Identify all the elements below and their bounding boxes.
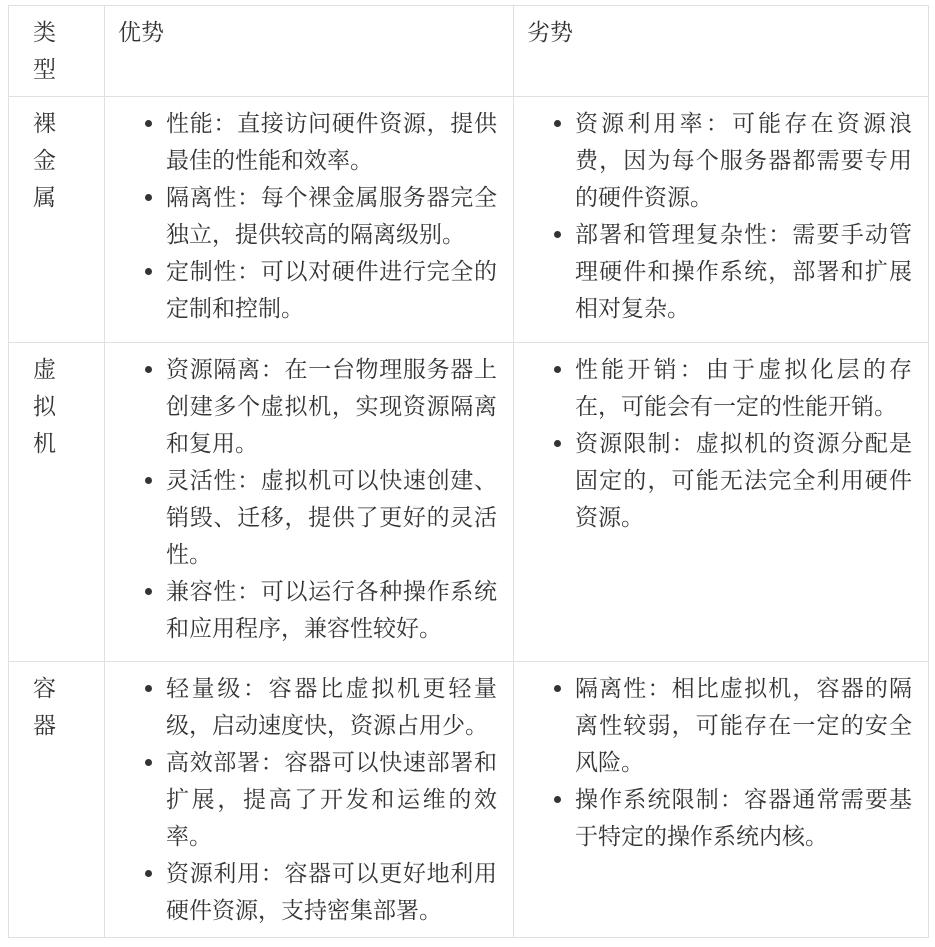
list-item: 资源利用率：可能存在资源浪费，因为每个服务器都需要专用的硬件资源。 [575,105,912,216]
row-virtual-machine: 虚 拟 机 资源隔离：在一台物理服务器上创建多个虚拟机，实现资源隔离和复用。 灵… [9,343,929,662]
list-item: 高效部署：容器可以快速部署和扩展，提高了开发和运维的效率。 [166,744,497,855]
header-cell-disadvantages: 劣势 [514,6,929,97]
header-cell-type: 类 型 [9,6,105,97]
list-item: 部署和管理复杂性：需要手动管理硬件和操作系统，部署和扩展相对复杂。 [575,216,912,327]
list-item: 性能：直接访问硬件资源，提供最佳的性能和效率。 [166,105,497,179]
type-label: 容 器 [9,662,105,938]
advantages-cell: 性能：直接访问硬件资源，提供最佳的性能和效率。 隔离性：每个裸金属服务器完全独立… [105,97,514,343]
type-label: 裸 金 属 [9,97,105,343]
advantages-cell: 轻量级：容器比虚拟机更轻量级，启动速度快，资源占用少。 高效部署：容器可以快速部… [105,662,514,938]
comparison-table: 类 型 优势 劣势 裸 金 属 性能：直接访问硬件资源，提供最佳的性能和效率。 … [8,5,929,938]
advantages-list: 资源隔离：在一台物理服务器上创建多个虚拟机，实现资源隔离和复用。 灵活性：虚拟机… [118,351,497,647]
list-item: 操作系统限制：容器通常需要基于特定的操作系统内核。 [575,781,912,855]
header-row: 类 型 优势 劣势 [9,6,929,97]
disadvantages-cell: 隔离性：相比虚拟机，容器的隔离性较弱，可能存在一定的安全风险。 操作系统限制：容… [514,662,929,938]
disadvantages-list: 资源利用率：可能存在资源浪费，因为每个服务器都需要专用的硬件资源。 部署和管理复… [527,105,912,327]
disadvantages-cell: 性能开销：由于虚拟化层的存在，可能会有一定的性能开销。 资源限制：虚拟机的资源分… [514,343,929,662]
list-item: 隔离性：每个裸金属服务器完全独立，提供较高的隔离级别。 [166,179,497,253]
list-item: 兼容性：可以运行各种操作系统和应用程序，兼容性较好。 [166,573,497,647]
header-cell-advantages: 优势 [105,6,514,97]
list-item: 隔离性：相比虚拟机，容器的隔离性较弱，可能存在一定的安全风险。 [575,670,912,781]
advantages-cell: 资源隔离：在一台物理服务器上创建多个虚拟机，实现资源隔离和复用。 灵活性：虚拟机… [105,343,514,662]
advantages-list: 性能：直接访问硬件资源，提供最佳的性能和效率。 隔离性：每个裸金属服务器完全独立… [118,105,497,327]
disadvantages-cell: 资源利用率：可能存在资源浪费，因为每个服务器都需要专用的硬件资源。 部署和管理复… [514,97,929,343]
list-item: 资源利用：容器可以更好地利用硬件资源，支持密集部署。 [166,855,497,929]
list-item: 定制性：可以对硬件进行完全的定制和控制。 [166,253,497,327]
row-bare-metal: 裸 金 属 性能：直接访问硬件资源，提供最佳的性能和效率。 隔离性：每个裸金属服… [9,97,929,343]
disadvantages-list: 隔离性：相比虚拟机，容器的隔离性较弱，可能存在一定的安全风险。 操作系统限制：容… [527,670,912,855]
list-item: 资源限制：虚拟机的资源分配是固定的，可能无法完全利用硬件资源。 [575,425,912,536]
list-item: 性能开销：由于虚拟化层的存在，可能会有一定的性能开销。 [575,351,912,425]
disadvantages-list: 性能开销：由于虚拟化层的存在，可能会有一定的性能开销。 资源限制：虚拟机的资源分… [527,351,912,536]
list-item: 灵活性：虚拟机可以快速创建、销毁、迁移，提供了更好的灵活性。 [166,462,497,573]
type-label: 虚 拟 机 [9,343,105,662]
row-container: 容 器 轻量级：容器比虚拟机更轻量级，启动速度快，资源占用少。 高效部署：容器可… [9,662,929,938]
list-item: 资源隔离：在一台物理服务器上创建多个虚拟机，实现资源隔离和复用。 [166,351,497,462]
list-item: 轻量级：容器比虚拟机更轻量级，启动速度快，资源占用少。 [166,670,497,744]
advantages-list: 轻量级：容器比虚拟机更轻量级，启动速度快，资源占用少。 高效部署：容器可以快速部… [118,670,497,929]
